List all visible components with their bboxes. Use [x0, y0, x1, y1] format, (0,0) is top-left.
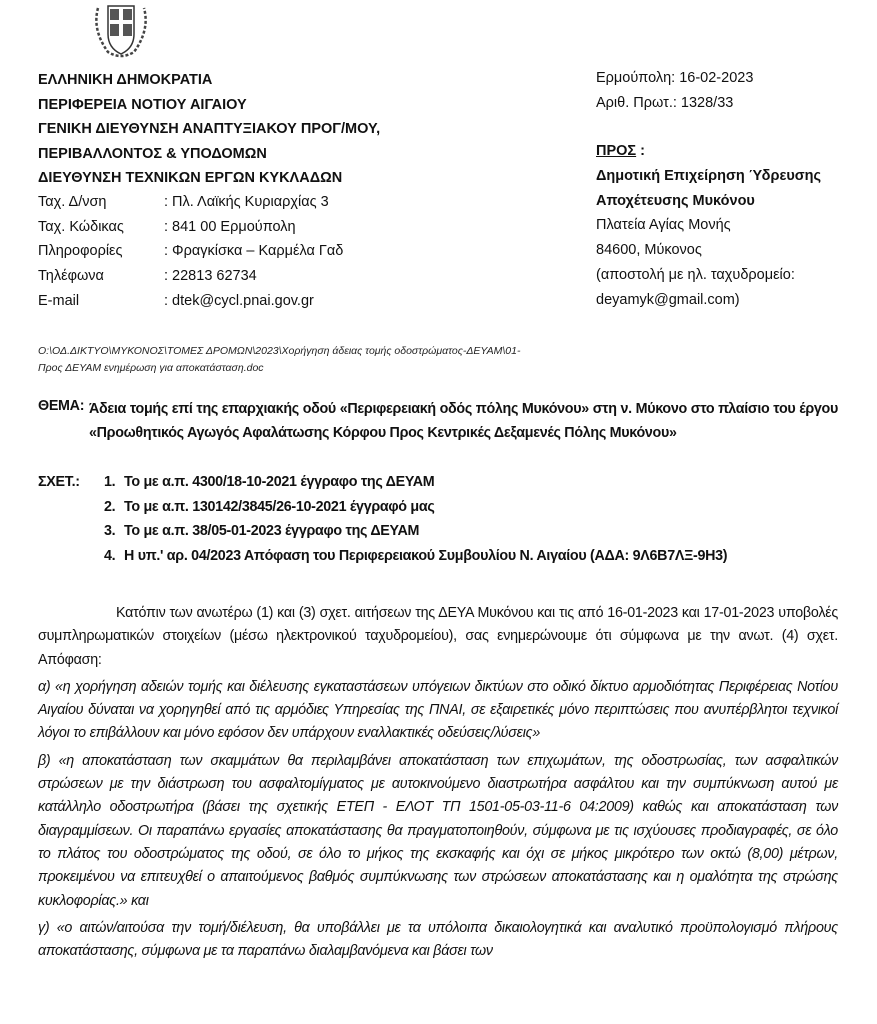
sender-line: ΕΛΛΗΝΙΚΗ ΔΗΜΟΚΡΑΤΙΑ — [38, 68, 558, 93]
protocol-number: Αριθ. Πρωτ.: 1328/33 — [596, 91, 821, 116]
reference-number: 4. — [104, 544, 124, 569]
recipient-address: Πλατεία Αγίας Μονής — [596, 213, 821, 238]
contact-email[interactable]: : dtek@cycl.pnai.gov.gr — [164, 289, 314, 314]
contact-value: : 22813 62734 — [164, 264, 257, 289]
contact-row: Ταχ. Κώδικας : 841 00 Ερμούπολη — [38, 215, 343, 240]
contact-row: E-mail : dtek@cycl.pnai.gov.gr — [38, 289, 343, 314]
recipient-name: Αποχέτευσης Μυκόνου — [596, 189, 821, 214]
recipient-email-note: (αποστολή με ηλ. ταχυδρομείο: — [596, 263, 821, 288]
reference-number: 2. — [104, 495, 124, 520]
contact-row: Πληροφορίες : Φραγκίσκα – Καρμέλα Γαδ — [38, 239, 343, 264]
contact-row: Ταχ. Δ/νση : Πλ. Λαϊκής Κυριαρχίας 3 — [38, 190, 343, 215]
references-block: ΣΧΕΤ.: 1. Το με α.π. 4300/18-10-2021 έγγ… — [38, 470, 727, 568]
sender-line: ΔΙΕΥΘΥΝΣΗ ΤΕΧΝΙΚΩΝ ΕΡΓΩΝ ΚΥΚΛΑΔΩΝ — [38, 166, 558, 191]
intro-paragraph: Κατόπιν των ανωτέρω (1) και (3) σχετ. αι… — [38, 602, 838, 672]
reference-text: Το με α.π. 130142/3845/26-10-2021 έγγραφ… — [124, 495, 434, 520]
to-colon: : — [636, 143, 645, 159]
contact-label: Τηλέφωνα — [38, 264, 164, 289]
recipient-name: Δημοτική Επιχείρηση Ύδρευσης — [596, 164, 821, 189]
letter-body: Κατόπιν των ανωτέρω (1) και (3) σχετ. αι… — [38, 602, 838, 963]
sender-header: ΕΛΛΗΝΙΚΗ ΔΗΜΟΚΡΑΤΙΑ ΠΕΡΙΦΕΡΕΙΑ ΝΟΤΙΟΥ ΑΙ… — [38, 68, 558, 191]
contact-label: E-mail — [38, 289, 164, 314]
contact-label: Πληροφορίες — [38, 239, 164, 264]
reference-text: Η υπ.' αρ. 04/2023 Απόφαση του Περιφερει… — [124, 544, 727, 569]
file-path-line: Προς ΔΕΥΑΜ ενημέρωση για αποκατάσταση.do… — [38, 360, 738, 377]
contact-value: : Πλ. Λαϊκής Κυριαρχίας 3 — [164, 190, 329, 215]
point-c-paragraph: γ) «ο αιτών/αιτούσα την τομή/διέλευση, θ… — [38, 917, 838, 964]
reference-item: 4. Η υπ.' αρ. 04/2023 Απόφαση του Περιφε… — [38, 544, 727, 569]
subject-block: ΘΕΜΑ: Άδεια τομής επί της επαρχιακής οδο… — [38, 398, 838, 445]
recipient-block: Ερμούπολη: 16-02-2023 Αριθ. Πρωτ.: 1328/… — [596, 66, 821, 312]
contact-label: Ταχ. Δ/νση — [38, 190, 164, 215]
reference-item: 3. Το με α.π. 38/05-01-2023 έγγραφο της … — [38, 519, 727, 544]
reference-item: 2. Το με α.π. 130142/3845/26-10-2021 έγγ… — [38, 495, 727, 520]
sender-contact: Ταχ. Δ/νση : Πλ. Λαϊκής Κυριαρχίας 3 Ταχ… — [38, 190, 343, 313]
recipient-email[interactable]: deyamyk@gmail.com) — [596, 288, 821, 313]
recipient-city: 84600, Μύκονος — [596, 238, 821, 263]
reference-number: 3. — [104, 519, 124, 544]
contact-value: : Φραγκίσκα – Καρμέλα Γαδ — [164, 239, 343, 264]
references-label: ΣΧΕΤ.: — [38, 470, 104, 495]
sender-line: ΠΕΡΙΦΕΡΕΙΑ ΝΟΤΙΟΥ ΑΙΓΑΙΟΥ — [38, 93, 558, 118]
reference-item: ΣΧΕΤ.: 1. Το με α.π. 4300/18-10-2021 έγγ… — [38, 470, 727, 495]
point-b-paragraph: β) «η αποκατάσταση των σκαμμάτων θα περι… — [38, 750, 838, 913]
to-label-text: ΠΡΟΣ — [596, 143, 636, 159]
to-label: ΠΡΟΣ : — [596, 139, 821, 164]
reference-text: Το με α.π. 38/05-01-2023 έγγραφο της ΔΕΥ… — [124, 519, 419, 544]
point-a-paragraph: α) «η χορήγηση αδειών τομής και διέλευση… — [38, 676, 838, 746]
contact-value: : 841 00 Ερμούπολη — [164, 215, 296, 240]
greek-coat-of-arms-icon — [88, 0, 154, 60]
contact-label: Ταχ. Κώδικας — [38, 215, 164, 240]
reference-text: Το με α.π. 4300/18-10-2021 έγγραφο της Δ… — [124, 470, 434, 495]
file-path: Ο:\ΟΔ.ΔΙΚΤΥΟ\ΜΥΚΟΝΟΣ\ΤΟΜΕΣ ΔΡΟΜΩΝ\2023\Χ… — [38, 343, 738, 376]
reference-number: 1. — [104, 470, 124, 495]
contact-row: Τηλέφωνα : 22813 62734 — [38, 264, 343, 289]
sender-line: ΠΕΡΙΒΑΛΛΟΝΤΟΣ & ΥΠΟΔΟΜΩΝ — [38, 142, 558, 167]
subject-text: Άδεια τομής επί της επαρχιακής οδού «Περ… — [89, 398, 838, 445]
place-date: Ερμούπολη: 16-02-2023 — [596, 66, 821, 91]
subject-label: ΘΕΜΑ: — [38, 398, 89, 445]
sender-line: ΓΕΝΙΚΗ ΔΙΕΥΘΥΝΣΗ ΑΝΑΠΤΥΞΙΑΚΟΥ ΠΡΟΓ/ΜΟΥ, — [38, 117, 558, 142]
file-path-line: Ο:\ΟΔ.ΔΙΚΤΥΟ\ΜΥΚΟΝΟΣ\ΤΟΜΕΣ ΔΡΟΜΩΝ\2023\Χ… — [38, 343, 738, 360]
